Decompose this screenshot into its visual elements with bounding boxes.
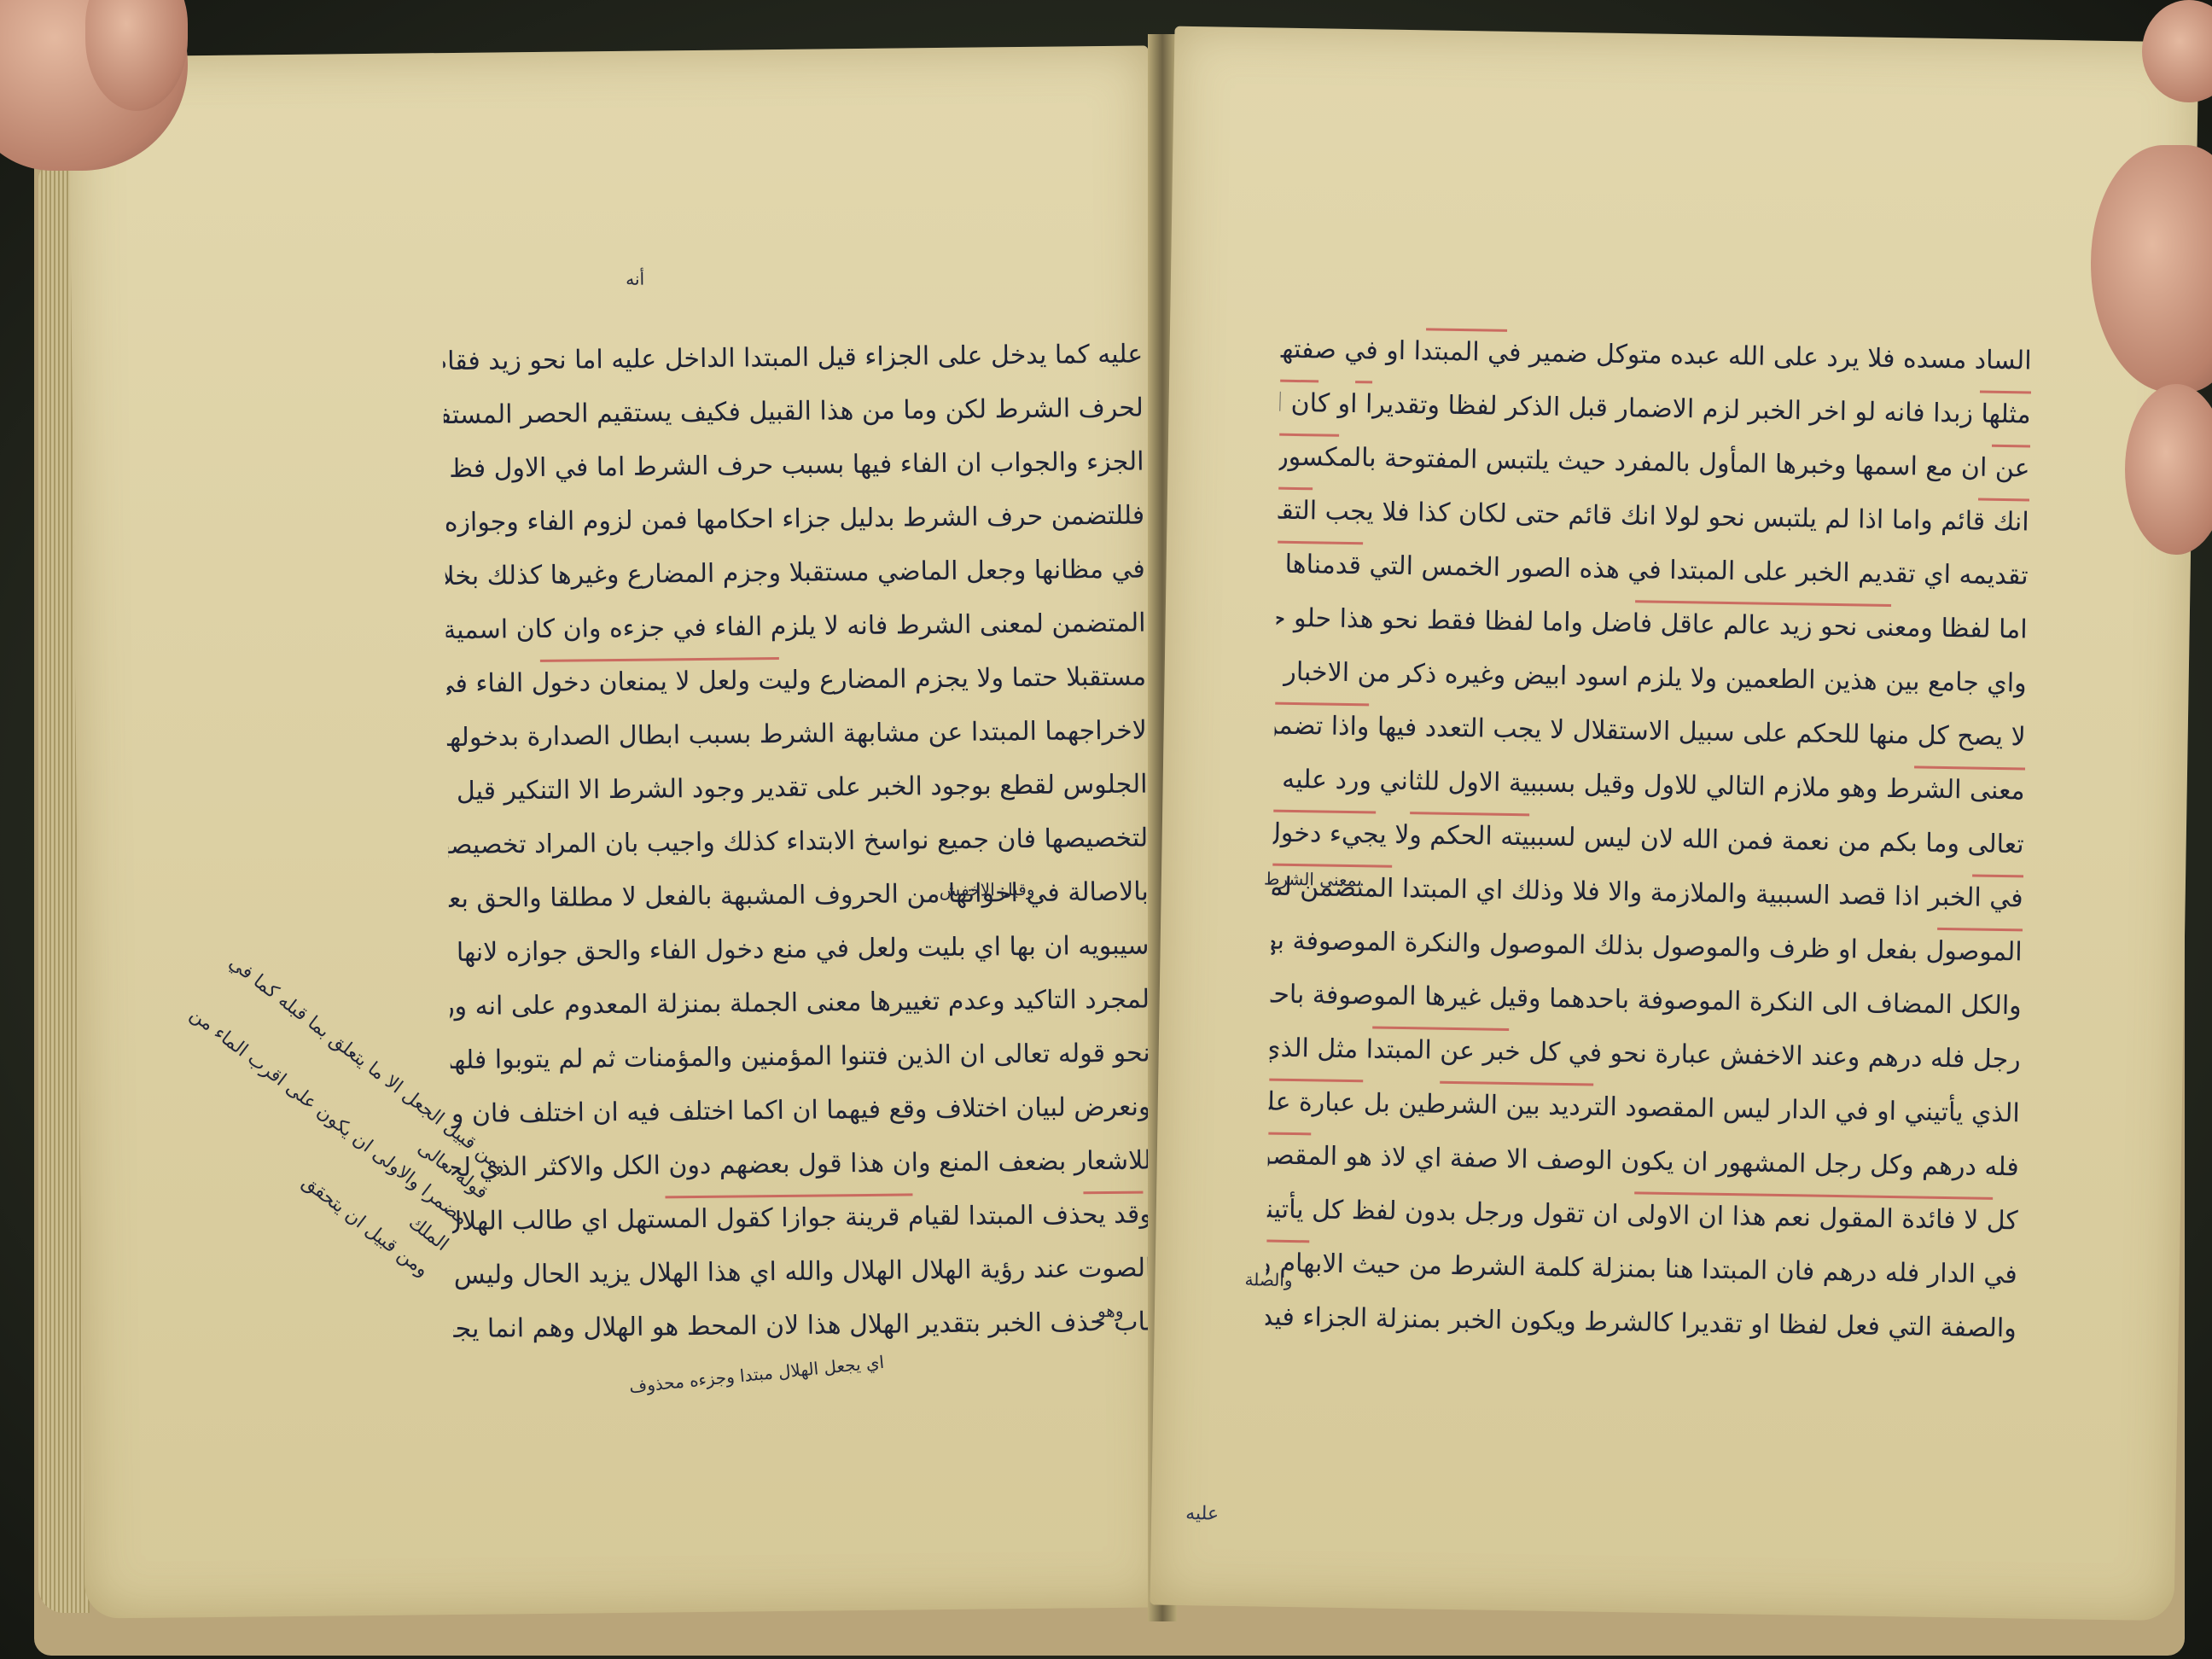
line-text: في الخبر اذا قصد السببية والملازمة والا … bbox=[1272, 870, 2023, 913]
rubrication-overline bbox=[1972, 874, 2023, 877]
line-text: رجل فله درهم وعند الاخفش عبارة نحو في كل… bbox=[1269, 1031, 2021, 1075]
rubrication-overline bbox=[1426, 328, 1507, 331]
line-text: في الدار فله درهم فان المبتدا هنا بمنزلة… bbox=[1266, 1246, 2017, 1290]
text-line: فللتضمن حرف الشرط بدليل جزاء احكامها فمن… bbox=[445, 489, 1145, 550]
text-line: وقد يحذف المبتدا لقيام قرينة جوازا كقول … bbox=[451, 1187, 1152, 1249]
rubrication-overline bbox=[1440, 1081, 1593, 1086]
rubrication-overline bbox=[1914, 765, 2025, 770]
line-text: تعالى وما بكم من نعمة فمن الله لان ليس ل… bbox=[1272, 817, 2024, 859]
line-text: عن ان مع اسمها وخبرها المأول بالمفرد حيث… bbox=[1278, 439, 2030, 483]
rubrication-overline bbox=[665, 1193, 912, 1198]
left-page-text-block: عليه كما يدخل على الجزاء قيل المبتدا الد… bbox=[443, 328, 1153, 1357]
text-line: لتخصيصها فان جميع نواسخ الابتداء كذلك وا… bbox=[448, 811, 1149, 872]
rubrication-overline bbox=[1978, 498, 2029, 502]
text-line: والصفة التي فعل لفظا او تقديرا كالشرط وي… bbox=[1265, 1290, 2017, 1356]
interlinear-gloss: وهو bbox=[1097, 1301, 1124, 1321]
text-line: باب حذف الخبر بتقدير الهلال هذا لان المح… bbox=[453, 1295, 1154, 1356]
left-page: عليه كما يدخل على الجزاء قيل المبتدا الد… bbox=[68, 45, 1164, 1618]
right-page: الساد مسده فلا يرد على الله عبده متوكل ض… bbox=[1150, 26, 2199, 1621]
line-text: وقد يحذف المبتدا لقيام قرينة جوازا كقول … bbox=[451, 1199, 1151, 1237]
text-line: الجزء والجواب ان الفاء فيها بسبب حرف الش… bbox=[444, 435, 1144, 497]
text-line: الصوت عند رؤية الهلال الهلال والله اي هذ… bbox=[452, 1241, 1153, 1302]
right-page-text-block: الساد مسده فلا يرد على الله عبده متوكل ض… bbox=[1265, 323, 2032, 1356]
rubrication-overline bbox=[1268, 1132, 1311, 1136]
rubrication-overline bbox=[1410, 812, 1529, 816]
rubrication-overline bbox=[1372, 1026, 1509, 1031]
line-text: تقديمه اي تقديم الخبر على المبتدا في هذه… bbox=[1277, 547, 2029, 591]
line-text: الساد مسده فلا يرد على الله عبده متوكل ض… bbox=[1280, 331, 2032, 375]
text-line: في مظانها وجعل الماضي مستقبلا وجزم المضا… bbox=[445, 542, 1146, 603]
interlinear-gloss: اي يجعل الهلال مبتدا وجزءه محذوف bbox=[628, 1352, 885, 1397]
interlinear-gloss: والصلة bbox=[1244, 1269, 1292, 1290]
interlinear-gloss: بمعنى الشرط bbox=[1264, 868, 1362, 890]
text-line: الجلوس لقطع بوجود الخبر على تقدير وجود ا… bbox=[447, 757, 1148, 818]
line-text: فله درهم وكل رجل المشهور ان يكون الوصف ا… bbox=[1267, 1139, 2019, 1182]
line-text: اما لفظا ومعنى نحو زيد عالم عاقل فاضل وا… bbox=[1276, 602, 2028, 645]
text-line: بالاصالة في اخواتها من الحروف المشبهة با… bbox=[448, 864, 1149, 926]
rubrication-overline bbox=[1280, 380, 1318, 383]
rubrication-overline bbox=[1273, 810, 1376, 814]
text-line: المتضمن لمعنى الشرط فانه لا يلزم الفاء ف… bbox=[445, 596, 1146, 657]
line-text: الموصول بفعل او ظرف والموصول بذلك الموصو… bbox=[1271, 923, 2023, 968]
text-line: لاخراجهما المبتدا عن مشابهة الشرط بسبب ا… bbox=[447, 703, 1148, 765]
rubrication-overline bbox=[540, 657, 779, 662]
rubrication-overline bbox=[1355, 381, 1372, 383]
line-text: معنى الشرط وهو ملازم التالي للاول وقيل ب… bbox=[1273, 764, 2025, 806]
rubrication-overline bbox=[1266, 1240, 1309, 1243]
rubrication-overline bbox=[1278, 487, 1313, 491]
line-text: كل لا فائدة المقول نعم هذا ان الاولى ان … bbox=[1266, 1194, 2018, 1237]
line-text: مثلها زبدا فانه لو اخر الخبر لزم الاضمار… bbox=[1279, 387, 2031, 430]
rubrication-overline bbox=[1272, 864, 1392, 868]
text-line: نحو قوله تعالى ان الذين فتنوا المؤمنين و… bbox=[450, 1026, 1150, 1087]
text-line: عليه كما يدخل على الجزاء قيل المبتدا الد… bbox=[443, 328, 1144, 389]
rubrication-overline bbox=[1278, 541, 1363, 545]
rubrication-overline bbox=[1980, 391, 2031, 394]
line-text: مستقبلا حتما ولا يجزم المضارع وليت ولعل … bbox=[446, 661, 1146, 700]
text-line: لحرف الشرط لكن وما من هذا القبيل فكيف يس… bbox=[444, 381, 1144, 443]
interlinear-gloss: وقيل الاخفش bbox=[940, 879, 1035, 900]
rubrication-overline bbox=[1937, 928, 2023, 932]
catchword: عليه bbox=[1185, 1503, 1219, 1525]
line-text: لا يصح كل منها للحكم على سبيل الاستقلال … bbox=[1274, 709, 2026, 752]
rubrication-overline bbox=[1083, 1191, 1143, 1195]
rubrication-overline bbox=[1634, 1191, 1993, 1200]
rubrication-overline bbox=[1275, 702, 1369, 707]
text-line: سيبويه ان بها اي بليت ولعل في منع دخول ا… bbox=[449, 918, 1150, 980]
text-line: لمجرد التاكيد وعدم تغييرها معنى الجملة ب… bbox=[450, 972, 1150, 1033]
line-text: انك قائم واما اذا لم يلتبس نحو لولا انك … bbox=[1278, 494, 2029, 538]
rubrication-overline bbox=[1635, 600, 1891, 607]
rubrication-overline bbox=[1992, 445, 2030, 448]
text-line: للاشعار بضعف المنع وان هذا قول بعضهم دون… bbox=[451, 1133, 1152, 1195]
rubrication-overline bbox=[1279, 434, 1339, 437]
text-line: مستقبلا حتما ولا يجزم المضارع وليت ولعل … bbox=[446, 649, 1147, 711]
rubrication-overline bbox=[1269, 1079, 1363, 1083]
line-text: الذي يأتيني او في الدار ليس المقصود التر… bbox=[1268, 1086, 2020, 1128]
text-line: ونعرض لبيان اختلاف وقع فيهما ان اكما اخت… bbox=[451, 1080, 1151, 1141]
interlinear-gloss: أنه bbox=[626, 269, 644, 289]
